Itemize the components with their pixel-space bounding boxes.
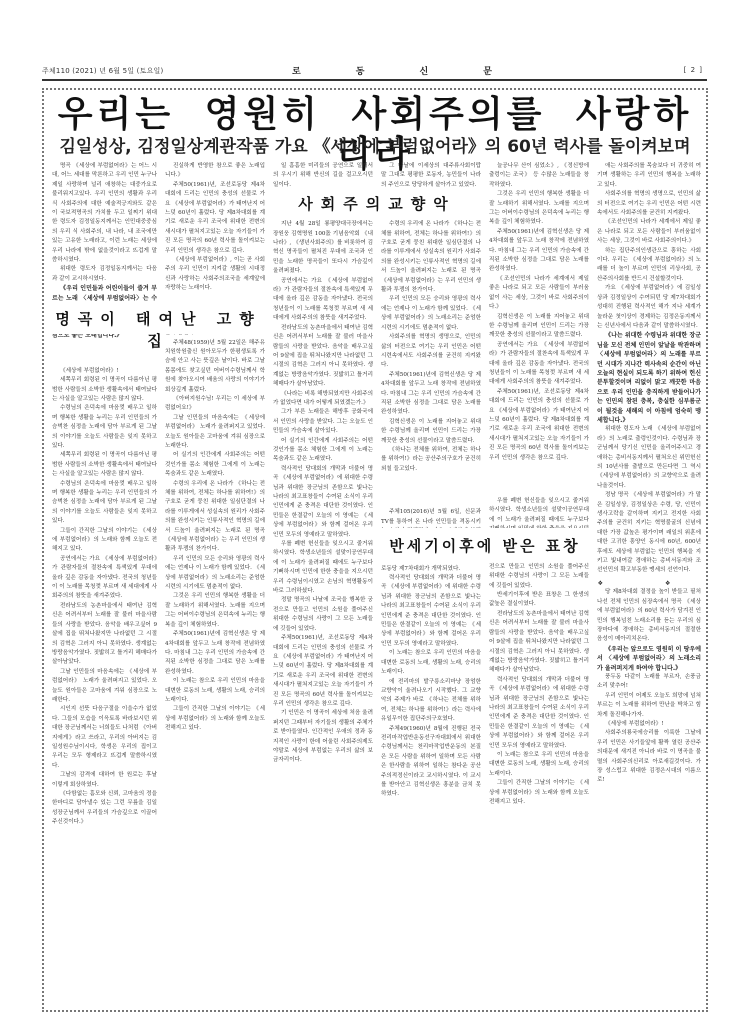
- paragraph: 공연에서는 가요 《세상에 부럼없어라》가 관람자들의 절찬속에 특색있게 무대…: [489, 341, 589, 388]
- paragraph: 수령의 우리에 온 나라가 《하나는 전체를 위하여, 전체는 하나를 위하여!…: [165, 480, 265, 555]
- paragraph: 우를 폐변 헌신들을 잊으시고 줄거워하시였다. 학생소년들의 설맞이공연무대에…: [273, 540, 373, 596]
- section-heading-award: 반세기이후에 받은 표창: [381, 535, 589, 557]
- paragraph: 어 실기의 인간에게 사회주의는 어떤 것인가를 몸소 체험한 그에게 이 노래…: [273, 437, 373, 465]
- paragraph: 《다함없는 흠모와 신뢰, 고마움의 정을 한마디로 담아낼수 있는 그런 무릎…: [52, 790, 157, 828]
- paragraph: 《조선인민의 나라가 세계에서 제일 좋은 나라로 되고 모든 사람들이 부러움…: [597, 218, 701, 246]
- paragraph: 주체49(1960)년 8월에 진행된 전국전리마작업반운동선구자대회에서 위대…: [381, 725, 481, 800]
- paragraph: 그날의 감격에 대하여 한 원로는 후날 이렇게 회상하였다.: [52, 771, 157, 790]
- paragraph: 주체50(1961)년에 김혁신생은 당 제4차대회를 앞두고 노래 창작에 전…: [165, 630, 265, 677]
- section-ornament: ❖ ❖: [597, 579, 701, 588]
- masthead-rule: [42, 79, 707, 81]
- paragraph: 《아버지원수님! 우리는 이 세상에 부럼없어요!》: [165, 395, 265, 414]
- paragraph: 주체50(1961)년, 조선로동당 제4차대회에 드리는 인민의 충성의 선물…: [273, 634, 373, 709]
- paragraph: 어 실기의 인간에게 사회주의는 어떤 것인가를 몸소 체험한 그에게 이 노래…: [165, 451, 265, 479]
- paragraph: 전라남도의 농촌마을에서 태여난 김혁신은 어려서부터 노래를 잘 불러 마을사…: [273, 324, 373, 390]
- paragraph: 반세기이후에 받은 표창은 그 한생의 값높은 결실이였다.: [489, 591, 589, 610]
- paragraph: 력사적인 당대회의 개막과 더불어 명곡 《세상에 부럼없어라》에 위대한 수령…: [273, 465, 373, 540]
- paragraph: 주체50(1961)년, 조선로동당 제4차대회에 드리는 인민의 충성의 선물…: [489, 388, 589, 463]
- masthead: 주체110 (2021) 년 6월 5일 (토요일) 로 동 신 문 [ 2 ]: [42, 64, 707, 80]
- heading-spacer: [489, 463, 589, 497]
- paragraph: 《세상에 부럼없어라》, 이는 곧 사회주의 우리 인민이 지켜갈 생활의 시대…: [165, 256, 265, 294]
- column-3: 일 흠흠한 미리들의 공연으로 일러서의 우시기 위해 반신의 길을 걸고오시던…: [273, 162, 373, 1007]
- paragraph: 주체50(1961)년에 김혁신생은 당 제4차대회를 앞두고 노래 창작에 전…: [381, 371, 481, 418]
- paragraph: 공연에서는 가요 《세상에 부럼없어라》가 관람자들의 절찬속에 특색있게 무대…: [52, 555, 157, 602]
- paragraph: 공연에서는 가요 《세상에 부럼없어라》가 관람자들의 절찬속에 특색있게 무대…: [273, 277, 373, 324]
- section-heading-hometown: 명곡이 태여난 고향집: [52, 308, 265, 330]
- paragraph: 그 나날에 이세상의 대주류사회이랍 말 그대로 평평한 로동자, 농민들이 나…: [381, 162, 481, 190]
- paragraph: 이 노래는 참으로 우리 인민의 마음을 대변한 로동의 노래, 생활의 노래,…: [489, 751, 589, 779]
- paragraph: 시인지 선뜻 다음구절을 이을수가 없었다. 그들의 모습을 이윽토록 바라보시…: [52, 705, 157, 771]
- paragraph: 그날 인민들의 마음속에는 《세상에 부럼없어라》 노래가 울려퍼지고 있었다.…: [165, 414, 265, 452]
- paragraph: 하는 집단주의인생관으로 흥하는 사회이다. 우리는 《세상에 부럼없어라》의 …: [597, 247, 701, 285]
- column-2: 진실하게 반영한 참으로 좋은 노래입니다.》 주체50(1961)년, 조선로…: [165, 162, 265, 1007]
- title-char: 신: [420, 64, 429, 77]
- page-number: [ 2 ]: [684, 66, 703, 74]
- paragraph: 기 인민은 이 명곡이 세상에 처음 울려퍼지던 그때부터 자기들의 생활의 주…: [273, 709, 373, 765]
- quote-paragraph: 《우리는 앞으로도 영원히 이 땅우에서 〈세상에 부럼없어라〉의 노래소리가 …: [597, 645, 701, 673]
- paragraph: 력사적인 당대회의 개막과 더불어 명곡 《세상에 부럼없어라》에 위대한 수령…: [489, 676, 589, 751]
- paragraph: 수령의 우리에 온 나라가 《하나는 전체를 위하여, 전체는 하나를 위하여!…: [381, 220, 481, 295]
- paragraph: 당 제8차대회 결정을 높이 받들고 필처나선 전체 인민의 심장속에서 명곡 …: [597, 588, 701, 644]
- paragraph: 《세상에 부럼없어라》!: [52, 367, 157, 376]
- paragraph: 주체48(1959)년 5월 22일은 해주유치원학원출신 원아모두가 한평생토…: [165, 339, 265, 395]
- paragraph: 정말 명곡의 나날에 조국을 행복한 궁전으로 만들고 인민의 소원을 풀어주신…: [273, 596, 373, 634]
- subheadline: 김일성상, 김정일상계관작품 가요 《세상에 부럼없어라》의 60년 력사를 돌…: [42, 137, 708, 157]
- paragraph: 그것은 우리 인민의 행복한 생활을 더 잘 노래하기 위해서였다. 노래를 지…: [489, 190, 589, 228]
- title-char: 문: [483, 64, 492, 77]
- column-4: 그 나날에 이세상의 대주류사회이랍 말 그대로 평평한 로동자, 농민들이 나…: [381, 162, 481, 1007]
- newspaper-title: 로 동 신 문: [292, 64, 492, 77]
- paragraph: 전라남도의 농촌마을에서 태여난 김혁신은 어려서부터 노래를 잘 불러 마을사…: [52, 602, 157, 668]
- paragraph: 주체50(1961)년에 김혁신생은 당 제4차대회를 앞두고 노래 창작에 전…: [489, 228, 589, 275]
- paragraph: 그들이 간직한 그날의 이야기는 《세상에 부럼없어라》의 노래와 함께 오늘도…: [52, 527, 157, 555]
- column-6: 애는 사회주의를 목숨보다 더 귀중히 여기며 생활하는 우리 인민의 행복을 …: [597, 162, 701, 1007]
- paragraph: 위대한 령도자 김정일동지께서는 다음과 같이 교시하시였다.: [52, 265, 157, 284]
- issue-date: 주체110 (2021) 년 6월 5일 (토요일): [42, 66, 163, 76]
- paragraph: 《조선인민의 나라가 세계에서 제일 좋은 나라로 되고 모든 사람들이 부러움…: [489, 275, 589, 313]
- paragraph: 사회주의를 혁명의 생명으로, 인민의 삶의 터전으로 여기는 우리 인민은 어…: [597, 190, 701, 218]
- paragraph: 《하나는 전체를 위하여, 전체는 하나를 위하여!》라는 공산주의구호가 굳건…: [381, 446, 481, 474]
- paragraph: 우리 인민의 모든 승리와 영광의 력사에는 언제나 이 노래가 함께 있었다.…: [381, 295, 481, 333]
- paragraph: 그가 부른 노래들은 해방후 공화국에서 인민의 사랑을 받았다. 그는 오늘도…: [273, 408, 373, 436]
- paragraph: 세쪽무리 회령된 이 명곡이 다름아닌 평범한 사람들의 소박한 생활속에서 태…: [52, 451, 157, 479]
- paragraph: 그들이 간직한 그날의 이야기는 《세상에 부럼없어라》의 노래와 함께 오늘도…: [489, 779, 589, 807]
- paragraph: 《나라는 비록 해방되였지만 사회주의가 없었다면 내가 어떻게 되였겠는가.》: [273, 390, 373, 409]
- paragraph: 진실하게 반영한 참으로 좋은 노래입니다.》: [165, 162, 265, 181]
- column-1: 명곡 《세상에 부럼없어라》는 어느 시대, 어느 세대를 막론하고 우리 인민…: [52, 162, 157, 1007]
- paragraph: 애는 사회주의를 목숨보다 더 귀중히 여기며 생활하는 우리 인민의 행복을 …: [597, 162, 701, 190]
- paragraph: 그날 인민들의 마음속에는 《세상에 부럼없어라》 노래가 울려퍼지고 있었다.…: [52, 668, 157, 706]
- paragraph: 위대한 령도자 노래 《세상에 부럼없어라》의 노래로 출렁인것이다. 수령님과…: [597, 425, 701, 491]
- paragraph: 수령님의 은덕속에 마음껏 배우고 일하며 행복한 생활을 누리는 우리 인민들…: [52, 480, 157, 527]
- paragraph: 지난 4월 28일 룡평양대극장에서는 장원웅 김혁명원 100돐 기념음악회 …: [273, 220, 373, 276]
- section-heading-symphony: 사회주의교향악: [273, 193, 481, 215]
- paragraph: 늘공나무 산이 심었소》, 《정신방에 출렁이는 조국》 등 수많은 노래들을 …: [489, 162, 589, 190]
- paragraph: 가요 《세상에 부럼없어라》에 김일성상과 김정일상이 수여되던 당 제7차대회…: [597, 284, 701, 331]
- paragraph: 김혁신생은 이 노래를 지어놓고 위대한 수령님께 올리며 인민이 드리는 가장…: [381, 418, 481, 446]
- column-5: 늘공나무 산이 심었소》, 《정신방에 출렁이는 조국》 등 수많은 노래들을 …: [489, 162, 589, 1007]
- paragraph: 력사적인 당대회의 개막과 더불어 명곡 《세상에 부럼없어라》에 위대한 수령…: [381, 574, 481, 649]
- paragraph: 수령님의 은덕속에 마음껏 배우고 일하며 행복한 생활을 누리는 우리 인민들…: [52, 404, 157, 451]
- heading-spacer: [381, 474, 481, 508]
- title-char: 로: [292, 64, 301, 77]
- paragraph: 사회주의를 혁명의 생명으로, 인민의 삶의 터전으로 여기는 우리 인민은 어…: [381, 333, 481, 371]
- paragraph: 우리 인민이 어제도 오늘도 희망에 넘쳐 부르는 이 노래를 위하여 만난을 …: [597, 692, 701, 720]
- paragraph: 일 흠흠한 미리들의 공연으로 일러서의 우시기 위해 반신의 길을 걸고오시던…: [273, 162, 373, 190]
- paragraph: 세쪽무리 회령된 이 명곡이 다름아닌 평범한 사람들의 소박한 생활속에서 태…: [52, 376, 157, 404]
- paragraph: 우리 인민의 모든 승리와 영광의 력사에는 언제나 이 노래가 함께 있었다.…: [165, 555, 265, 593]
- paragraph: 전라남도의 농촌마을에서 태여난 김혁신은 어려서부터 노래를 잘 불러 마을사…: [489, 610, 589, 676]
- title-char: 동: [356, 64, 365, 77]
- paragraph: 사회주의룡국에승리를 이룩한 그날에 우리 인민은 사기들앞에 활짝 열린 공산…: [597, 729, 701, 785]
- paragraph: 그것은 우리 인민의 행복한 생활을 더 잘 노래하기 위해서였다. 노래를 지…: [165, 592, 265, 630]
- paragraph: 이 노래는 참으로 우리 인민의 마음을 대변한 로동의 노래, 생활의 노래,…: [381, 649, 481, 677]
- paragraph: 그들이 간직한 그날의 이야기는 《세상에 부럼없어라》의 노래와 함께 오늘도…: [165, 705, 265, 733]
- paragraph: 이 노래는 참으로 우리 인민의 마음을 대변한 로동의 노래, 생활의 노래,…: [165, 677, 265, 705]
- paragraph: 김혁신생은 이 노래를 지어놓고 위대한 수령님께 올리며 인민이 드리는 가장…: [489, 313, 589, 341]
- paragraph: 주체50(1961)년, 조선로동당 제4차대회에 드리는 인민의 충성의 선물…: [165, 181, 265, 256]
- heading-spacer: [52, 341, 157, 367]
- paragraph: 풍두동 다같이 노래를 부르자, 손풍금 소리 맞추어!: [597, 673, 701, 692]
- paragraph: 《세상에 부럼없어라》!: [597, 720, 701, 729]
- paragraph: 에 전리마의 발구릉소리마냥 장엄한 교향악이 울려나오기 시작했다. 그 교향…: [381, 678, 481, 725]
- paragraph: 명곡 《세상에 부럼없어라》는 어느 시대, 어느 세대를 막론하고 우리 인민…: [52, 162, 157, 265]
- paragraph: 정남 명곡 《세상에 부럼없어라》가 말은 김일성상, 김정일상은 수령, 당,…: [597, 491, 701, 576]
- quote-paragraph: 《나는 위대한 수령님과 위대한 장군님을 모신 전체 인민이 앞날을 락관하며…: [597, 331, 701, 425]
